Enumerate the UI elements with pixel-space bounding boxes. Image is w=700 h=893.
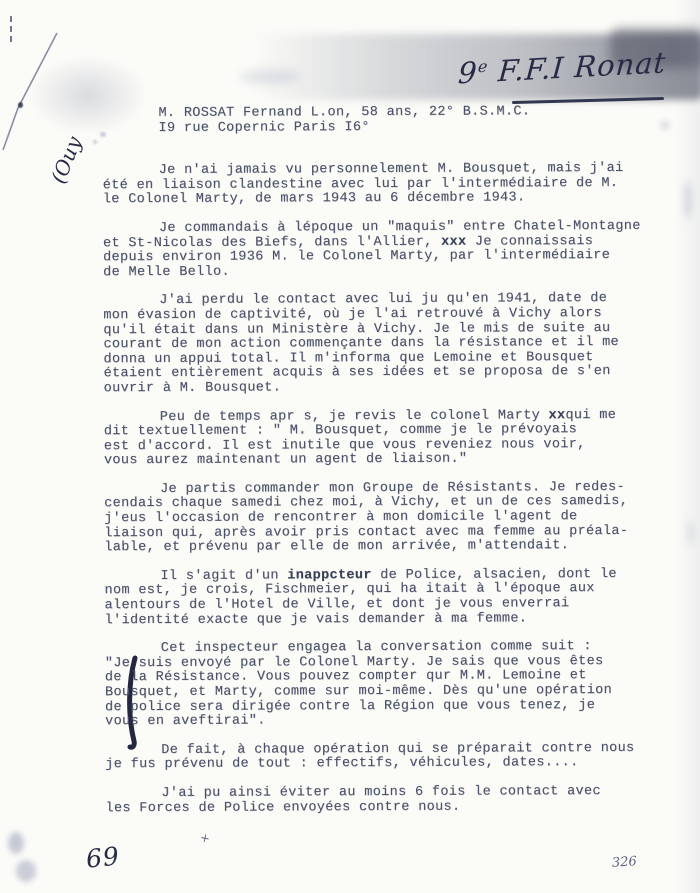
paragraph: J'ai perdu le contact avec lui ju qu'en … — [103, 292, 663, 397]
doc-line: vous aurez maintenant un agent de liaiso… — [104, 452, 664, 469]
doc-line: de police sera dirigée contre la Région … — [105, 698, 665, 715]
doc-line: je fus prévenu de tout : effectifs, véhi… — [105, 756, 665, 773]
scan-edge-shading — [674, 0, 700, 893]
paragraph: Il s'agit d'un inappcteur de Police, als… — [104, 568, 664, 629]
paragraph: Je partis commander mon Groupe de Résist… — [104, 481, 664, 556]
paragraph: Je n'ai jamais vu personnelement M. Bous… — [103, 162, 663, 208]
paragraph: Peu de temps apr s, je revis le colonel … — [104, 408, 664, 469]
paragraph: Je commandais à lépoque un "maquis" entr… — [103, 220, 663, 281]
document-header: M. ROSSAT Fernand L.on, 58 ans, 22° B.S.… — [102, 105, 662, 137]
paragraph: Cet inspecteur engagea la conversation c… — [105, 640, 665, 730]
margin-tick-mark — [10, 16, 12, 42]
annotation-number: 9 — [457, 55, 479, 90]
doc-line: vous en aveftirai". — [105, 713, 665, 730]
header-address-line: I9 rue Copernic Paris I6° — [102, 119, 662, 136]
doc-line: les Forces de Police envoyées contre nou… — [105, 799, 665, 816]
scanned-document-page: 9e F.F.I Ronat (Ouy + 69 326 M. ROSSAT F… — [0, 0, 700, 893]
doc-line: le Colonel Marty, de mars 1943 au 6 déce… — [103, 191, 663, 208]
handwritten-page-number-left: 69 — [85, 841, 122, 873]
doc-line: lable, et prévenu par elle de mon arrivé… — [104, 539, 664, 556]
doc-line: de Melle Bello. — [103, 264, 663, 281]
handwritten-page-number-right: 326 — [612, 854, 638, 871]
doc-line: étaient entièrement acquis à ses idées e… — [104, 365, 664, 382]
doc-line: ouvrir à M. Bousquet. — [104, 380, 664, 397]
paragraph: De fait, à chaque opération qui se prépa… — [105, 742, 665, 774]
doc-line: depuis environ 1936 M. le Colonel Marty,… — [103, 249, 663, 266]
paragraph: J'ai pu ainsi éviter au moins 6 fois le … — [105, 785, 665, 817]
scan-speckle — [16, 860, 36, 882]
doc-line: l'identité exacte que je vais demander à… — [105, 611, 665, 628]
typewritten-text: M. ROSSAT Fernand L.on, 58 ans, 22° B.S.… — [102, 105, 665, 831]
scan-speckle — [240, 70, 300, 84]
scan-speckle — [8, 832, 24, 854]
scan-speckle — [93, 140, 97, 144]
handwritten-plus-mark: + — [199, 830, 212, 846]
scan-speckle — [18, 102, 23, 108]
